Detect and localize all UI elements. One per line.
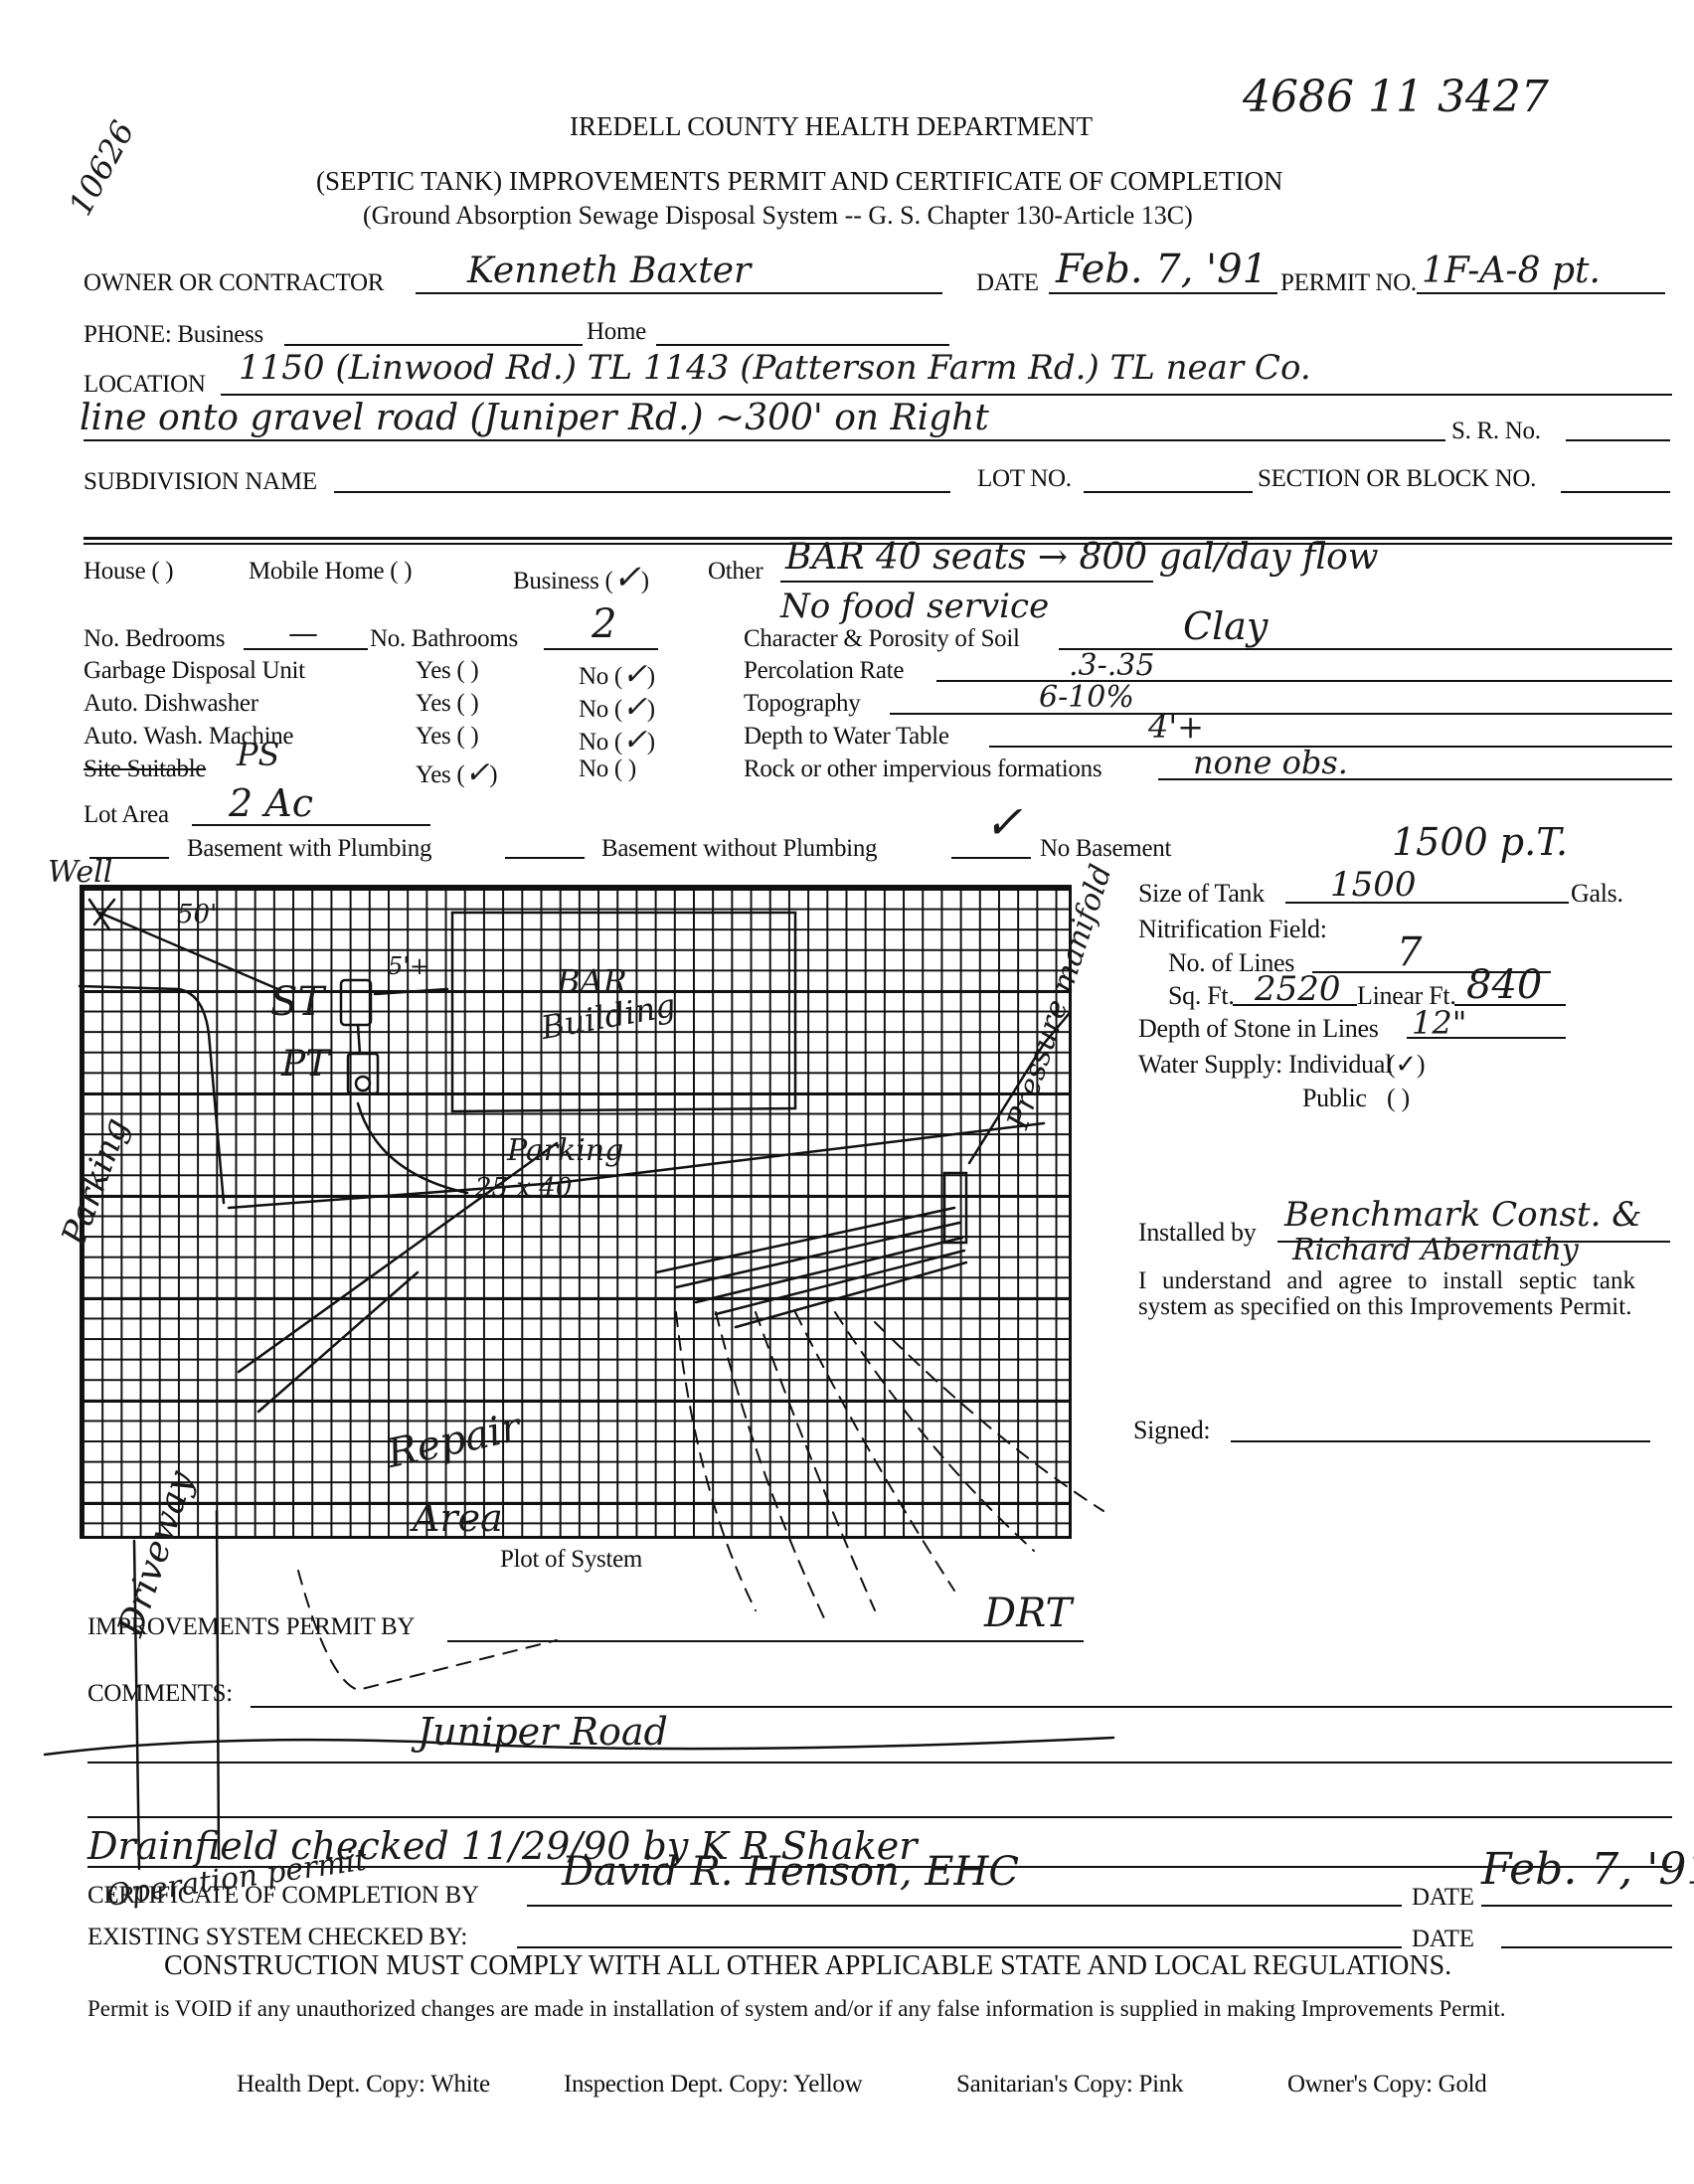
plot-label-area: Area <box>413 1496 503 1540</box>
dishwasher-yes[interactable]: Yes ( ) <box>416 690 478 718</box>
soil-field[interactable]: Clay <box>1183 604 1268 648</box>
sr-no-label: S. R. No. <box>1451 418 1541 445</box>
comments-field[interactable]: Juniper Road <box>418 1710 668 1754</box>
no-of-lines-field[interactable]: 7 <box>1397 929 1422 975</box>
copy-owner: Owner's Copy: Gold <box>1287 2071 1486 2099</box>
permit-no-label: PERMIT NO. <box>1280 269 1417 297</box>
installed-by-field-2: Richard Abernathy <box>1292 1233 1579 1267</box>
perc-rate-field[interactable]: .3-.35 <box>1069 648 1154 683</box>
tank-note: 1500 p.T. <box>1392 820 1568 864</box>
plot-label-distance: 50' <box>177 900 217 929</box>
installed-by-field[interactable]: Benchmark Const. & <box>1284 1195 1642 1235</box>
tank-unit: Gals. <box>1571 879 1623 909</box>
site-suitable-yes[interactable]: Yes (✓) <box>416 756 497 790</box>
water-individual-checkbox[interactable]: (✓) <box>1387 1050 1425 1080</box>
signed-label: Signed: <box>1133 1416 1210 1445</box>
linear-ft-field[interactable]: 840 <box>1466 962 1542 1008</box>
location-line-1[interactable]: 1150 (Linwood Rd.) TL 1143 (Patterson Fa… <box>239 348 1311 388</box>
location-label: LOCATION <box>84 371 206 399</box>
cert-date-field[interactable]: Feb. 7, '91 <box>1481 1844 1694 1895</box>
soil-label: Character & Porosity of Soil <box>744 625 1020 653</box>
no-basement[interactable]: No Basement <box>1040 835 1171 863</box>
plot-label-well: Well <box>48 855 112 890</box>
house-checkbox[interactable]: House ( ) <box>84 558 173 586</box>
dishwasher-no[interactable]: No (✓) <box>579 690 655 725</box>
site-suitable-label: Site Suitable <box>84 756 206 783</box>
plot-label-bar: BAR <box>557 962 627 1000</box>
site-note: PS <box>237 736 279 773</box>
tank-size-label: Size of Tank <box>1138 879 1265 909</box>
existing-date-label: DATE <box>1412 1926 1474 1953</box>
lot-area-label: Lot Area <box>84 801 169 829</box>
other-note: No food service <box>780 587 1049 626</box>
water-public-checkbox[interactable]: ( ) <box>1387 1084 1410 1113</box>
check-icon: ✓ <box>464 756 489 790</box>
rock-formations-field[interactable]: none obs. <box>1193 744 1348 781</box>
bathrooms-label: No. Bathrooms <box>370 625 518 653</box>
compliance-notice: CONSTRUCTION MUST COMPLY WITH ALL OTHER … <box>164 1950 1451 1982</box>
business-checkbox[interactable]: Business (✓) <box>513 558 649 597</box>
subdivision-label: SUBDIVISION NAME <box>84 468 317 496</box>
form-title: (SEPTIC TANK) IMPROVEMENTS PERMIT AND CE… <box>316 166 1283 197</box>
stone-depth-field[interactable]: 12" <box>1412 1004 1466 1042</box>
topography-field[interactable]: 6-10% <box>1039 680 1134 715</box>
void-notice: Permit is VOID if any unauthorized chang… <box>87 1996 1579 2022</box>
water-public-label: Public <box>1302 1084 1367 1113</box>
sq-ft-label: Sq. Ft. <box>1168 981 1235 1011</box>
plot-label-pump-tank: PT <box>281 1044 329 1085</box>
site-suitable-no[interactable]: No ( ) <box>579 756 636 783</box>
check-icon: ✓ <box>622 723 647 757</box>
garbage-disposal-yes[interactable]: Yes ( ) <box>416 657 478 685</box>
check-icon: ✓ <box>622 657 647 692</box>
permit-by-field[interactable]: DRT <box>984 1591 1072 1636</box>
bathrooms-field[interactable]: 2 <box>592 601 616 647</box>
installed-by-label: Installed by <box>1138 1218 1256 1248</box>
copy-sanitarian: Sanitarian's Copy: Pink <box>956 2071 1183 2099</box>
stone-depth-label: Depth of Stone in Lines <box>1138 1014 1379 1044</box>
plot-caption: Plot of System <box>500 1546 642 1574</box>
form-subtitle: (Ground Absorption Sewage Disposal Syste… <box>363 201 1193 231</box>
check-icon: ✓ <box>622 690 647 725</box>
check-icon: ✓ <box>984 795 1023 849</box>
lot-no-label: LOT NO. <box>977 465 1072 493</box>
plot-label-offset: 5'+ <box>388 952 429 980</box>
existing-system-label: EXISTING SYSTEM CHECKED BY: <box>87 1924 467 1951</box>
basement-with-plumbing[interactable]: Basement with Plumbing <box>187 835 431 863</box>
copy-health-dept: Health Dept. Copy: White <box>237 2071 490 2099</box>
garbage-disposal-label: Garbage Disposal Unit <box>84 657 305 685</box>
plot-label-parking-center: Parking <box>507 1133 623 1168</box>
comments-label: COMMENTS: <box>87 1680 233 1708</box>
plot-label-parking-size: 25 x 40 <box>475 1173 572 1203</box>
bedrooms-label: No. Bedrooms <box>84 625 225 653</box>
mobile-home-checkbox[interactable]: Mobile Home ( ) <box>249 558 412 586</box>
bedrooms-field[interactable]: — <box>288 616 318 651</box>
rock-formations-label: Rock or other impervious formations <box>744 756 1101 783</box>
handwritten-parcel-id: 4686 11 3427 <box>1243 72 1549 122</box>
permit-by-label: IMPROVEMENTS PERMIT BY <box>87 1613 415 1641</box>
cert-date-label: DATE <box>1412 1884 1474 1912</box>
phone-home-label: Home <box>587 318 646 346</box>
water-table-field[interactable]: 4'+ <box>1148 708 1204 746</box>
cert-completion-field[interactable]: David R. Henson, EHC <box>562 1849 1019 1895</box>
check-icon: ✓ <box>612 558 640 597</box>
water-supply-label: Water Supply: Individual <box>1138 1050 1392 1080</box>
lot-area-field[interactable]: 2 Ac <box>229 781 313 825</box>
wash-machine-yes[interactable]: Yes ( ) <box>416 723 478 751</box>
plot-label-septic-tank: ST <box>270 979 324 1025</box>
dishwasher-label: Auto. Dishwasher <box>84 690 258 718</box>
phone-business-label: PHONE: Business <box>84 321 263 349</box>
sq-ft-field[interactable]: 2520 <box>1255 969 1341 1009</box>
location-line-2[interactable]: line onto gravel road (Juniper Rd.) ~300… <box>80 398 989 438</box>
tank-size-field[interactable]: 1500 <box>1330 865 1417 905</box>
wash-machine-no[interactable]: No (✓) <box>579 723 655 757</box>
permit-no-field[interactable]: 1F-A-8 pt. <box>1422 251 1601 291</box>
perc-rate-label: Percolation Rate <box>744 657 904 685</box>
owner-label: OWNER OR CONTRACTOR <box>84 269 384 297</box>
owner-field[interactable]: Kenneth Baxter <box>467 251 751 291</box>
copy-inspection-dept: Inspection Dept. Copy: Yellow <box>564 2071 862 2099</box>
water-table-label: Depth to Water Table <box>744 723 949 751</box>
other-label: Other <box>708 558 762 586</box>
department-title: IREDELL COUNTY HEALTH DEPARTMENT <box>570 111 1093 142</box>
nitrification-field-label: Nitrification Field: <box>1138 915 1327 944</box>
margin-number: 10626 <box>61 114 141 222</box>
garbage-disposal-no[interactable]: No (✓) <box>579 657 655 692</box>
other-field[interactable]: BAR 40 seats → 800 gal/day flow <box>785 537 1379 578</box>
topography-label: Topography <box>744 690 860 718</box>
date-field[interactable]: Feb. 7, '91 <box>1056 247 1268 292</box>
basement-without-plumbing[interactable]: Basement without Plumbing <box>601 835 877 863</box>
installer-agreement: I understand and agree to install septic… <box>1138 1268 1635 1320</box>
date-label: DATE <box>976 269 1039 297</box>
section-block-label: SECTION OR BLOCK NO. <box>1258 465 1536 493</box>
